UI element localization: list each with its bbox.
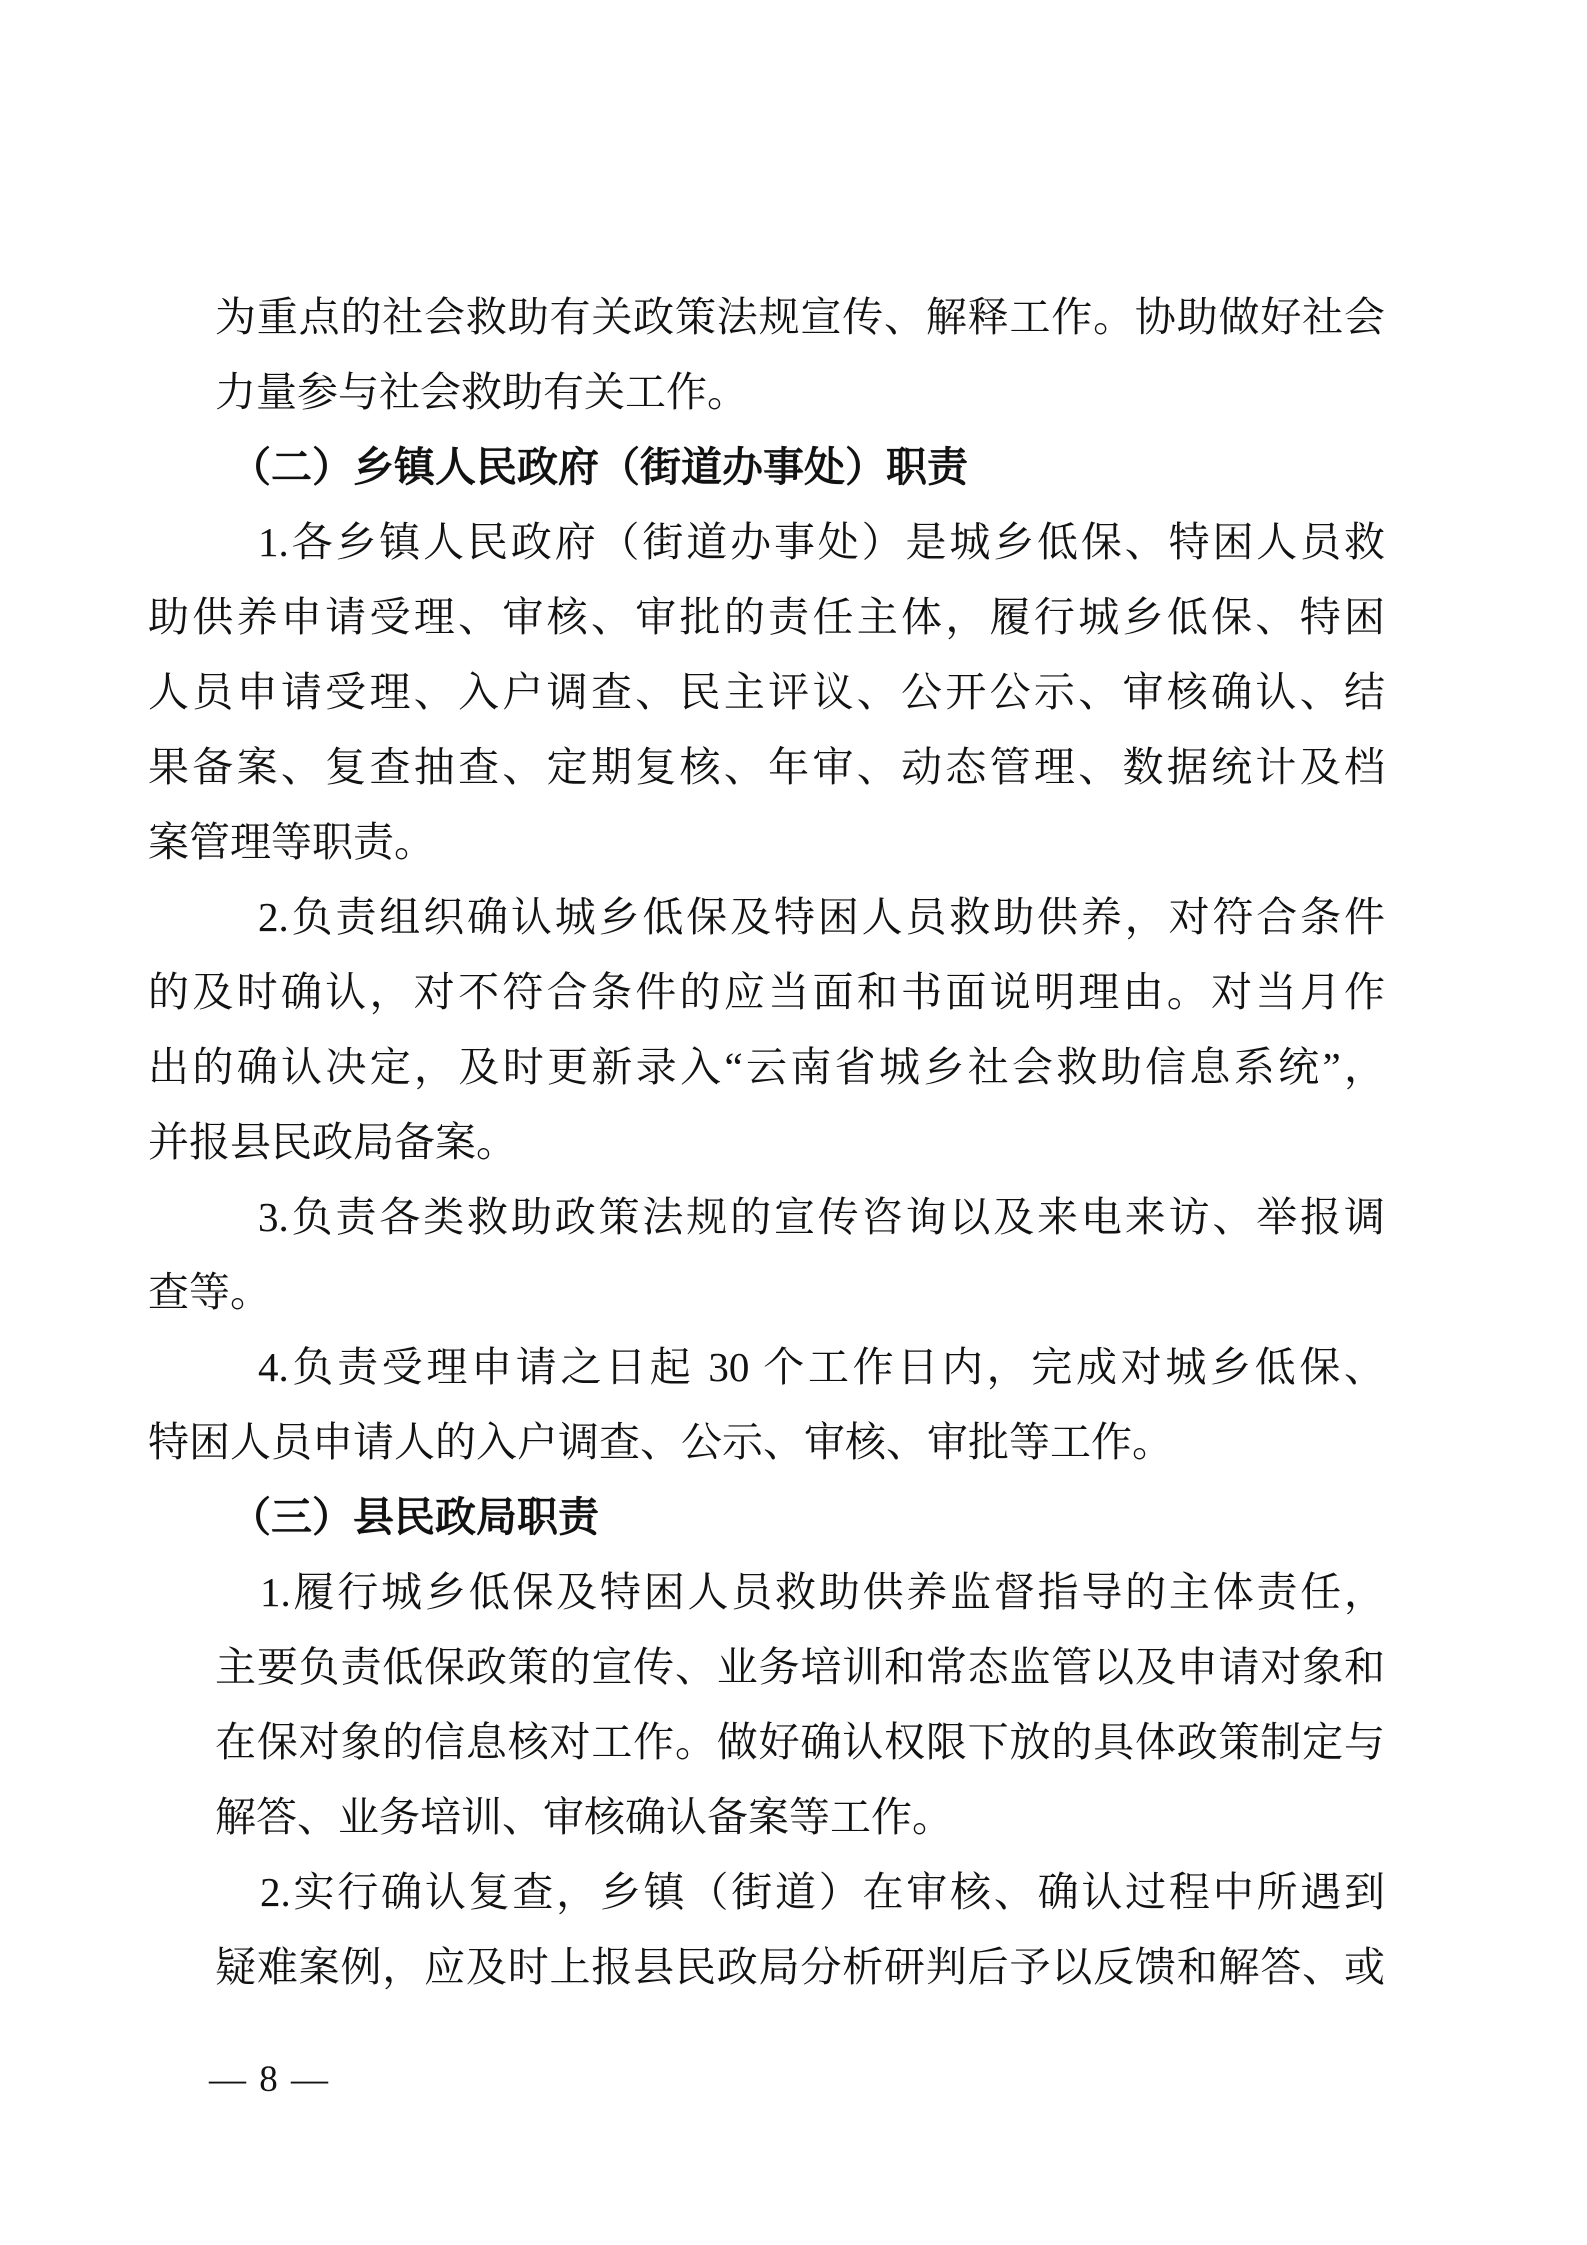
text-line: 4.负责受理申请之日起 30 个工作日内，完成对城乡低保、 <box>148 1330 1385 1405</box>
text-line: 主要负责低保政策的宣传、业务培训和常态监管以及申请对象和 <box>215 1630 1385 1705</box>
text-line: 的及时确认，对不符合条件的应当面和书面说明理由。对当月作 <box>148 955 1385 1030</box>
text-line: 3.负责各类救助政策法规的宣传咨询以及来电来访、举报调 <box>148 1180 1385 1255</box>
text-line: 出的确认决定，及时更新录入“云南省城乡社会救助信息系统”， <box>148 1030 1385 1105</box>
text-line: 特困人员申请人的入户调查、公示、审核、审批等工作。 <box>148 1405 1385 1480</box>
text-line: 果备案、复查抽查、定期复核、年审、动态管理、数据统计及档 <box>148 730 1385 805</box>
text-block: 为重点的社会救助有关政策法规宣传、解释工作。协助做好社会力量参与社会救助有关工作… <box>148 280 1385 2005</box>
page-number: — 8 — <box>209 2056 330 2104</box>
text-line: 在保对象的信息核对工作。做好确认权限下放的具体政策制定与 <box>215 1705 1385 1780</box>
text-line: 1.各乡镇人民政府（街道办事处）是城乡低保、特困人员救 <box>148 505 1385 580</box>
section-heading: （二）乡镇人民政府（街道办事处）职责 <box>148 430 1385 505</box>
text-line: 2.负责组织确认城乡低保及特困人员救助供养，对符合条件 <box>148 880 1385 955</box>
text-line: 1.履行城乡低保及特困人员救助供养监督指导的主体责任， <box>215 1555 1385 1630</box>
text-line: 案管理等职责。 <box>148 805 1385 880</box>
text-line: 疑难案例，应及时上报县民政局分析研判后予以反馈和解答、或 <box>215 1930 1385 2005</box>
text-line: 查等。 <box>148 1255 1385 1330</box>
text-line: 为重点的社会救助有关政策法规宣传、解释工作。协助做好社会 <box>215 280 1385 355</box>
text-line: 力量参与社会救助有关工作。 <box>215 355 1385 430</box>
section-heading: （三）县民政局职责 <box>148 1480 1385 1555</box>
text-line: 并报县民政局备案。 <box>148 1105 1385 1180</box>
text-line: 解答、业务培训、审核确认备案等工作。 <box>215 1780 1385 1855</box>
text-line: 人员申请受理、入户调查、民主评议、公开公示、审核确认、结 <box>148 655 1385 730</box>
document-page: 为重点的社会救助有关政策法规宣传、解释工作。协助做好社会力量参与社会救助有关工作… <box>0 0 1587 2245</box>
text-line: 助供养申请受理、审核、审批的责任主体，履行城乡低保、特困 <box>148 580 1385 655</box>
text-line: 2.实行确认复查，乡镇（街道）在审核、确认过程中所遇到 <box>215 1855 1385 1930</box>
